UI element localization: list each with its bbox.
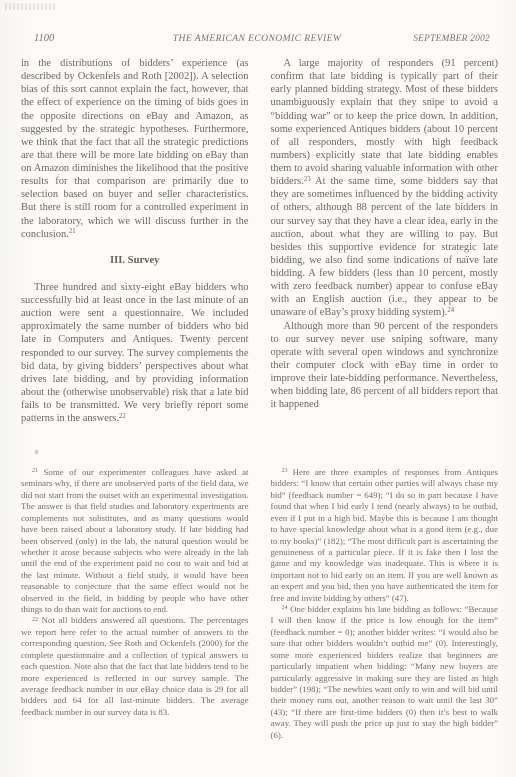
footnote: 22 Not all bidders answered all question… (21, 615, 249, 718)
left-column-body: in the distributions of bidders’ experie… (21, 57, 249, 455)
footnote-marker: 22 (32, 617, 38, 623)
left-column: in the distributions of bidders’ experie… (21, 57, 249, 741)
footnote: 23 Here are three examples of responses … (271, 467, 499, 604)
journal-page: 1100 THE AMERICAN ECONOMIC REVIEW SEPTEM… (0, 0, 516, 777)
footnote-reference: 23 (304, 176, 311, 183)
footnote-reference: 22 (119, 413, 126, 420)
running-head: 1100 THE AMERICAN ECONOMIC REVIEW SEPTEM… (34, 33, 490, 44)
scan-artifact (5, 3, 57, 10)
footnote: 21 Some of our experimenter colleagues h… (21, 467, 249, 615)
footnote-reference: 21 (69, 228, 76, 235)
journal-title: THE AMERICAN ECONOMIC REVIEW (124, 33, 390, 44)
right-column-footnotes: 23 Here are three examples of responses … (271, 455, 499, 741)
body-paragraph: in the distributions of bidders’ experie… (21, 57, 249, 241)
body-paragraph: Although more than 90 percent of the res… (271, 320, 499, 412)
two-column-layout: in the distributions of bidders’ experie… (21, 57, 498, 741)
body-paragraph: Three hundred and sixty-eight eBay bidde… (21, 281, 249, 425)
footnote-reference: 24 (447, 307, 454, 314)
right-column: A large majority of responders (91 perce… (271, 57, 499, 741)
body-paragraph: A large majority of responders (91 perce… (271, 57, 499, 320)
section-heading: III. Survey (21, 254, 249, 267)
issue-date: SEPTEMBER 2002 (390, 34, 490, 44)
footnote-marker: 23 (282, 468, 288, 474)
footnote-marker: 21 (32, 468, 38, 474)
footnote-marker: 24 (282, 605, 288, 611)
page-number: 1100 (34, 33, 124, 44)
left-column-footnotes: 21 Some of our experimenter colleagues h… (21, 455, 249, 718)
footnote: 24 One bidder explains his late bidding … (271, 604, 499, 741)
right-column-body: A large majority of responders (91 perce… (271, 57, 499, 455)
